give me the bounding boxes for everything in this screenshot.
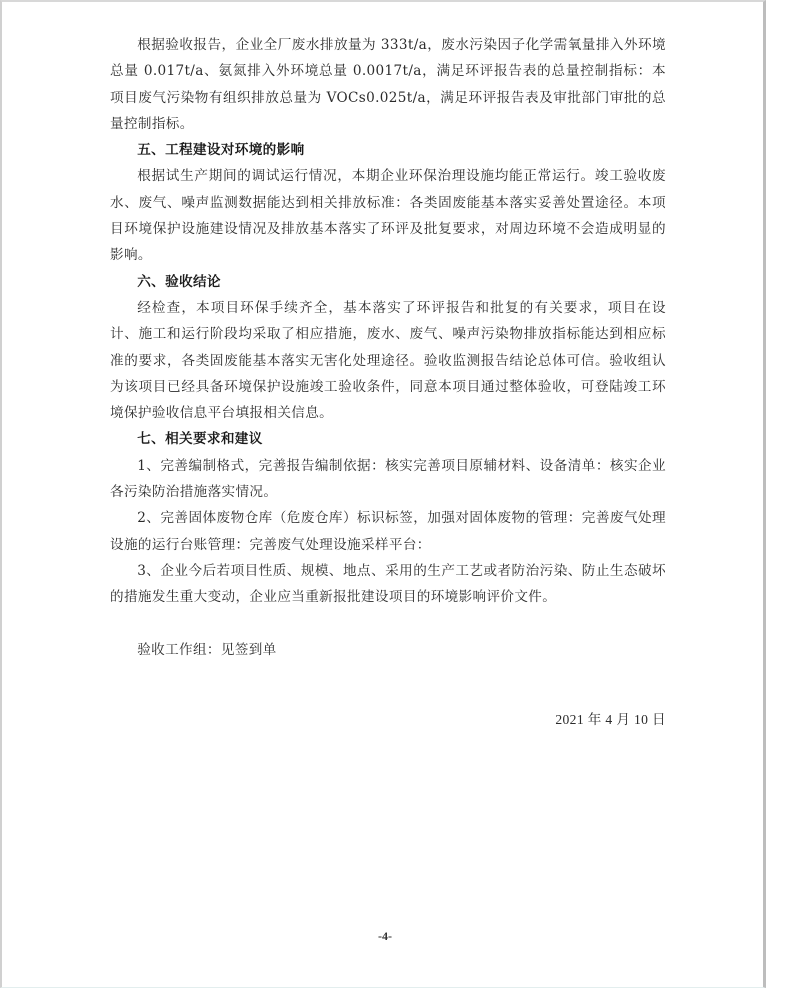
- recommendation-item-1: 1、完善编制格式，完善报告编制依据：核实完善项目原辅材料、设备清单：核实企业各污…: [110, 453, 666, 506]
- page-number: -4-: [2, 929, 768, 944]
- heading-section-5: 五、工程建设对环境的影响: [110, 137, 666, 163]
- heading-section-6: 六、验收结论: [110, 269, 666, 295]
- recommendation-item-3: 3、企业今后若项目性质、规模、地点、采用的生产工艺或者防治污染、防止生态破坏的措…: [110, 558, 666, 611]
- paragraph-total-emissions: 根据验收报告，企业全厂废水排放量为 333t/a，废水污染因子化学需氧量排入外环…: [110, 32, 666, 137]
- recommendation-item-2: 2、完善固体废物仓库（危废仓库）标识标签，加强对固体废物的管理：完善废气处理设施…: [110, 505, 666, 558]
- heading-section-7: 七、相关要求和建议: [110, 426, 666, 452]
- signoff-working-group: 验收工作组：见签到单: [110, 637, 666, 663]
- document-body: 根据验收报告，企业全厂废水排放量为 333t/a，废水污染因子化学需氧量排入外环…: [110, 32, 666, 663]
- paragraph-environmental-impact: 根据试生产期间的调试运行情况，本期企业环保治理设施均能正常运行。竣工验收废水、废…: [110, 163, 666, 268]
- spacer: [110, 611, 666, 637]
- document-date: 2021 年 4 月 10 日: [110, 707, 666, 733]
- document-page: 根据验收报告，企业全厂废水排放量为 333t/a，废水污染因子化学需氧量排入外环…: [0, 0, 766, 988]
- paragraph-acceptance-conclusion: 经检查，本项目环保手续齐全，基本落实了环评报告和批复的有关要求，项目在设计、施工…: [110, 295, 666, 426]
